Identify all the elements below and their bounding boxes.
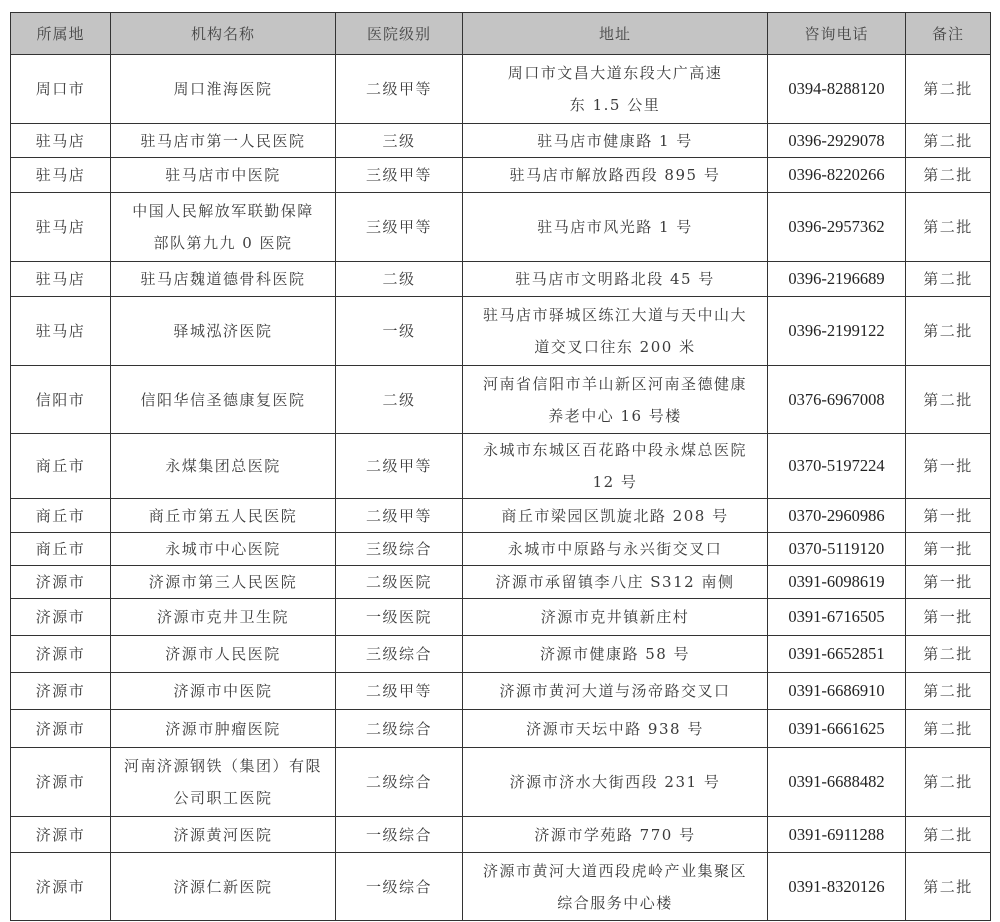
hospital-level-cell: 二级甲等 <box>336 55 463 124</box>
hospital-level-cell: 一级综合 <box>336 817 463 853</box>
address-cell-line: 济源市克井镇新庄村 <box>467 601 763 633</box>
phone-cell: 0396-2196689 <box>768 262 906 297</box>
address-cell-line: 济源市济水大街西段 231 号 <box>467 766 763 798</box>
institution-name-cell-line: 周口淮海医院 <box>115 73 331 105</box>
institution-name-cell-line: 驿城泓济医院 <box>115 315 331 347</box>
institution-name-cell-line: 永城市中心医院 <box>115 533 331 565</box>
phone-cell: 0396-2957362 <box>768 193 906 262</box>
city-cell: 商丘市 <box>11 533 111 566</box>
table-row: 驻马店驻马店市中医院三级甲等驻马店市解放路西段 895 号0396-822026… <box>11 158 991 193</box>
hospital-level-cell: 二级 <box>336 262 463 297</box>
phone-cell: 0391-6652851 <box>768 636 906 673</box>
hospital-level-cell: 二级甲等 <box>336 673 463 710</box>
institution-name-cell-line: 济源仁新医院 <box>115 871 331 903</box>
address-cell-line: 周口市文昌大道东段大广高速 <box>467 57 763 89</box>
hospital-level-cell: 二级甲等 <box>336 434 463 499</box>
institution-name-cell: 中国人民解放军联勤保障部队第九九 0 医院 <box>111 193 336 262</box>
table-row: 商丘市商丘市第五人民医院二级甲等商丘市梁园区凯旋北路 208 号0370-296… <box>11 499 991 533</box>
hospital-level-cell: 一级医院 <box>336 599 463 636</box>
institution-name-cell: 济源市人民医院 <box>111 636 336 673</box>
hospital-level-cell: 二级 <box>336 366 463 434</box>
city-cell: 驻马店 <box>11 193 111 262</box>
institution-name-cell-line: 中国人民解放军联勤保障 <box>115 195 331 227</box>
phone-cell: 0396-8220266 <box>768 158 906 193</box>
address-cell-line: 河南省信阳市羊山新区河南圣德健康 <box>467 368 763 400</box>
institution-name-cell: 河南济源钢铁（集团）有限公司职工医院 <box>111 748 336 817</box>
table-row: 周口市周口淮海医院二级甲等周口市文昌大道东段大广高速东 1.5 公里0394-8… <box>11 55 991 124</box>
city-cell: 济源市 <box>11 636 111 673</box>
note-cell: 第一批 <box>906 599 991 636</box>
hospital-level-cell: 二级综合 <box>336 748 463 817</box>
phone-cell: 0391-6686910 <box>768 673 906 710</box>
institution-name-cell-line: 信阳华信圣德康复医院 <box>115 384 331 416</box>
institution-name-cell: 济源仁新医院 <box>111 853 336 921</box>
header-city: 所属地 <box>11 13 111 55</box>
address-cell: 驻马店市文明路北段 45 号 <box>463 262 768 297</box>
city-cell: 济源市 <box>11 710 111 748</box>
address-cell-line: 商丘市梁园区凯旋北路 208 号 <box>467 500 763 532</box>
institution-name-cell: 驻马店魏道德骨科医院 <box>111 262 336 297</box>
institution-name-cell-line: 河南济源钢铁（集团）有限 <box>115 750 331 782</box>
institution-name-cell-line: 济源市中医院 <box>115 675 331 707</box>
address-cell-line: 养老中心 16 号楼 <box>467 400 763 432</box>
institution-name-cell: 济源市克井卫生院 <box>111 599 336 636</box>
note-cell: 第二批 <box>906 673 991 710</box>
institution-name-cell: 信阳华信圣德康复医院 <box>111 366 336 434</box>
phone-cell: 0391-8320126 <box>768 853 906 921</box>
hospital-level-cell: 三级甲等 <box>336 193 463 262</box>
address-cell-line: 驻马店市解放路西段 895 号 <box>467 159 763 191</box>
table-row: 济源市济源黄河医院一级综合济源市学苑路 770 号0391-6911288第二批 <box>11 817 991 853</box>
hospital-level-cell: 一级 <box>336 297 463 366</box>
phone-cell: 0391-6661625 <box>768 710 906 748</box>
address-cell-line: 济源市学苑路 770 号 <box>467 819 763 851</box>
phone-cell: 0394-8288120 <box>768 55 906 124</box>
note-cell: 第二批 <box>906 636 991 673</box>
address-cell: 永城市东城区百花路中段永煤总医院12 号 <box>463 434 768 499</box>
institution-name-cell: 济源黄河医院 <box>111 817 336 853</box>
phone-cell: 0396-2199122 <box>768 297 906 366</box>
address-cell-line: 永城市中原路与永兴街交叉口 <box>467 533 763 565</box>
phone-cell: 0391-6911288 <box>768 817 906 853</box>
city-cell: 济源市 <box>11 748 111 817</box>
header-note: 备注 <box>906 13 991 55</box>
institution-name-cell: 济源市第三人民医院 <box>111 566 336 599</box>
city-cell: 商丘市 <box>11 434 111 499</box>
note-cell: 第二批 <box>906 262 991 297</box>
address-cell: 河南省信阳市羊山新区河南圣德健康养老中心 16 号楼 <box>463 366 768 434</box>
table-row: 济源市济源仁新医院一级综合济源市黄河大道西段虎岭产业集聚区综合服务中心楼0391… <box>11 853 991 921</box>
city-cell: 济源市 <box>11 599 111 636</box>
header-institution-name: 机构名称 <box>111 13 336 55</box>
address-cell-line: 驻马店市驿城区练江大道与天中山大 <box>467 299 763 331</box>
address-cell-line: 驻马店市风光路 1 号 <box>467 211 763 243</box>
institution-name-cell-line: 驻马店魏道德骨科医院 <box>115 263 331 295</box>
table-row: 济源市济源市人民医院三级综合济源市健康路 58 号0391-6652851第二批 <box>11 636 991 673</box>
table-row: 济源市济源市克井卫生院一级医院济源市克井镇新庄村0391-6716505第一批 <box>11 599 991 636</box>
table-row: 商丘市永城市中心医院三级综合永城市中原路与永兴街交叉口0370-5119120第… <box>11 533 991 566</box>
institution-name-cell: 济源市中医院 <box>111 673 336 710</box>
hospital-level-cell: 三级甲等 <box>336 158 463 193</box>
institution-name-cell-line: 济源市人民医院 <box>115 638 331 670</box>
phone-cell: 0370-5197224 <box>768 434 906 499</box>
header-address: 地址 <box>463 13 768 55</box>
table-header-row: 所属地 机构名称 医院级别 地址 咨询电话 备注 <box>11 13 991 55</box>
address-cell: 永城市中原路与永兴街交叉口 <box>463 533 768 566</box>
table-row: 驻马店中国人民解放军联勤保障部队第九九 0 医院三级甲等驻马店市风光路 1 号0… <box>11 193 991 262</box>
address-cell: 周口市文昌大道东段大广高速东 1.5 公里 <box>463 55 768 124</box>
institution-name-cell: 驿城泓济医院 <box>111 297 336 366</box>
phone-cell: 0376-6967008 <box>768 366 906 434</box>
city-cell: 济源市 <box>11 817 111 853</box>
phone-cell: 0391-6688482 <box>768 748 906 817</box>
address-cell: 济源市黄河大道与汤帝路交叉口 <box>463 673 768 710</box>
institution-name-cell-line: 济源市克井卫生院 <box>115 601 331 633</box>
table-row: 济源市济源市肿瘤医院二级综合济源市天坛中路 938 号0391-6661625第… <box>11 710 991 748</box>
institution-name-cell: 驻马店市第一人民医院 <box>111 124 336 158</box>
institution-name-cell: 永城市中心医院 <box>111 533 336 566</box>
note-cell: 第一批 <box>906 434 991 499</box>
address-cell: 济源市济水大街西段 231 号 <box>463 748 768 817</box>
address-cell: 驻马店市健康路 1 号 <box>463 124 768 158</box>
table-row: 驻马店驻马店市第一人民医院三级驻马店市健康路 1 号0396-2929078第二… <box>11 124 991 158</box>
table-row: 济源市河南济源钢铁（集团）有限公司职工医院二级综合济源市济水大街西段 231 号… <box>11 748 991 817</box>
phone-cell: 0391-6716505 <box>768 599 906 636</box>
address-cell-line: 济源市黄河大道与汤帝路交叉口 <box>467 675 763 707</box>
institution-name-cell-line: 驻马店市第一人民医院 <box>115 125 331 157</box>
note-cell: 第一批 <box>906 533 991 566</box>
address-cell: 济源市黄河大道西段虎岭产业集聚区综合服务中心楼 <box>463 853 768 921</box>
hospital-level-cell: 三级综合 <box>336 533 463 566</box>
institution-name-cell: 驻马店市中医院 <box>111 158 336 193</box>
table-row: 济源市济源市中医院二级甲等济源市黄河大道与汤帝路交叉口0391-6686910第… <box>11 673 991 710</box>
institution-name-cell-line: 驻马店市中医院 <box>115 159 331 191</box>
note-cell: 第二批 <box>906 55 991 124</box>
phone-cell: 0370-5119120 <box>768 533 906 566</box>
city-cell: 驻马店 <box>11 262 111 297</box>
address-cell-line: 驻马店市健康路 1 号 <box>467 125 763 157</box>
city-cell: 信阳市 <box>11 366 111 434</box>
note-cell: 第二批 <box>906 853 991 921</box>
note-cell: 第一批 <box>906 499 991 533</box>
note-cell: 第二批 <box>906 748 991 817</box>
address-cell-line: 济源市健康路 58 号 <box>467 638 763 670</box>
city-cell: 驻马店 <box>11 297 111 366</box>
note-cell: 第二批 <box>906 158 991 193</box>
hospital-list-table: 所属地 机构名称 医院级别 地址 咨询电话 备注 周口市周口淮海医院二级甲等周口… <box>10 12 991 921</box>
address-cell: 商丘市梁园区凯旋北路 208 号 <box>463 499 768 533</box>
city-cell: 商丘市 <box>11 499 111 533</box>
address-cell: 济源市天坛中路 938 号 <box>463 710 768 748</box>
note-cell: 第二批 <box>906 366 991 434</box>
city-cell: 驻马店 <box>11 124 111 158</box>
table-body: 周口市周口淮海医院二级甲等周口市文昌大道东段大广高速东 1.5 公里0394-8… <box>11 55 991 921</box>
institution-name-cell-line: 永煤集团总医院 <box>115 450 331 482</box>
institution-name-cell: 济源市肿瘤医院 <box>111 710 336 748</box>
address-cell-line: 济源市天坛中路 938 号 <box>467 713 763 745</box>
city-cell: 济源市 <box>11 673 111 710</box>
institution-name-cell: 商丘市第五人民医院 <box>111 499 336 533</box>
table-row: 商丘市永煤集团总医院二级甲等永城市东城区百花路中段永煤总医院12 号0370-5… <box>11 434 991 499</box>
institution-name-cell-line: 济源黄河医院 <box>115 819 331 851</box>
city-cell: 济源市 <box>11 566 111 599</box>
address-cell-line: 永城市东城区百花路中段永煤总医院 <box>467 434 763 466</box>
header-hospital-level: 医院级别 <box>336 13 463 55</box>
phone-cell: 0396-2929078 <box>768 124 906 158</box>
phone-cell: 0391-6098619 <box>768 566 906 599</box>
address-cell: 驻马店市解放路西段 895 号 <box>463 158 768 193</box>
table-row: 驻马店驿城泓济医院一级驻马店市驿城区练江大道与天中山大道交叉口往东 200 米0… <box>11 297 991 366</box>
address-cell: 驻马店市风光路 1 号 <box>463 193 768 262</box>
hospital-level-cell: 二级甲等 <box>336 499 463 533</box>
note-cell: 第一批 <box>906 566 991 599</box>
phone-cell: 0370-2960986 <box>768 499 906 533</box>
institution-name-cell-line: 部队第九九 0 医院 <box>115 227 331 259</box>
city-cell: 驻马店 <box>11 158 111 193</box>
address-cell: 济源市承留镇李八庄 S312 南侧 <box>463 566 768 599</box>
note-cell: 第二批 <box>906 817 991 853</box>
address-cell: 驻马店市驿城区练江大道与天中山大道交叉口往东 200 米 <box>463 297 768 366</box>
institution-name-cell-line: 商丘市第五人民医院 <box>115 500 331 532</box>
note-cell: 第二批 <box>906 193 991 262</box>
table-row: 驻马店驻马店魏道德骨科医院二级驻马店市文明路北段 45 号0396-219668… <box>11 262 991 297</box>
address-cell-line: 驻马店市文明路北段 45 号 <box>467 263 763 295</box>
institution-name-cell-line: 公司职工医院 <box>115 782 331 814</box>
address-cell-line: 道交叉口往东 200 米 <box>467 331 763 363</box>
address-cell-line: 济源市黄河大道西段虎岭产业集聚区 <box>467 855 763 887</box>
city-cell: 济源市 <box>11 853 111 921</box>
address-cell-line: 综合服务中心楼 <box>467 887 763 919</box>
city-cell: 周口市 <box>11 55 111 124</box>
institution-name-cell-line: 济源市肿瘤医院 <box>115 713 331 745</box>
note-cell: 第二批 <box>906 124 991 158</box>
institution-name-cell: 周口淮海医院 <box>111 55 336 124</box>
hospital-level-cell: 三级综合 <box>336 636 463 673</box>
address-cell-line: 济源市承留镇李八庄 S312 南侧 <box>467 566 763 598</box>
address-cell-line: 12 号 <box>467 466 763 498</box>
table-row: 信阳市信阳华信圣德康复医院二级河南省信阳市羊山新区河南圣德健康养老中心 16 号… <box>11 366 991 434</box>
institution-name-cell: 永煤集团总医院 <box>111 434 336 499</box>
note-cell: 第二批 <box>906 710 991 748</box>
institution-name-cell-line: 济源市第三人民医院 <box>115 566 331 598</box>
header-phone: 咨询电话 <box>768 13 906 55</box>
address-cell: 济源市健康路 58 号 <box>463 636 768 673</box>
table-row: 济源市济源市第三人民医院二级医院济源市承留镇李八庄 S312 南侧0391-60… <box>11 566 991 599</box>
hospital-level-cell: 二级医院 <box>336 566 463 599</box>
note-cell: 第二批 <box>906 297 991 366</box>
address-cell: 济源市克井镇新庄村 <box>463 599 768 636</box>
address-cell: 济源市学苑路 770 号 <box>463 817 768 853</box>
hospital-level-cell: 三级 <box>336 124 463 158</box>
hospital-level-cell: 二级综合 <box>336 710 463 748</box>
hospital-level-cell: 一级综合 <box>336 853 463 921</box>
address-cell-line: 东 1.5 公里 <box>467 89 763 121</box>
